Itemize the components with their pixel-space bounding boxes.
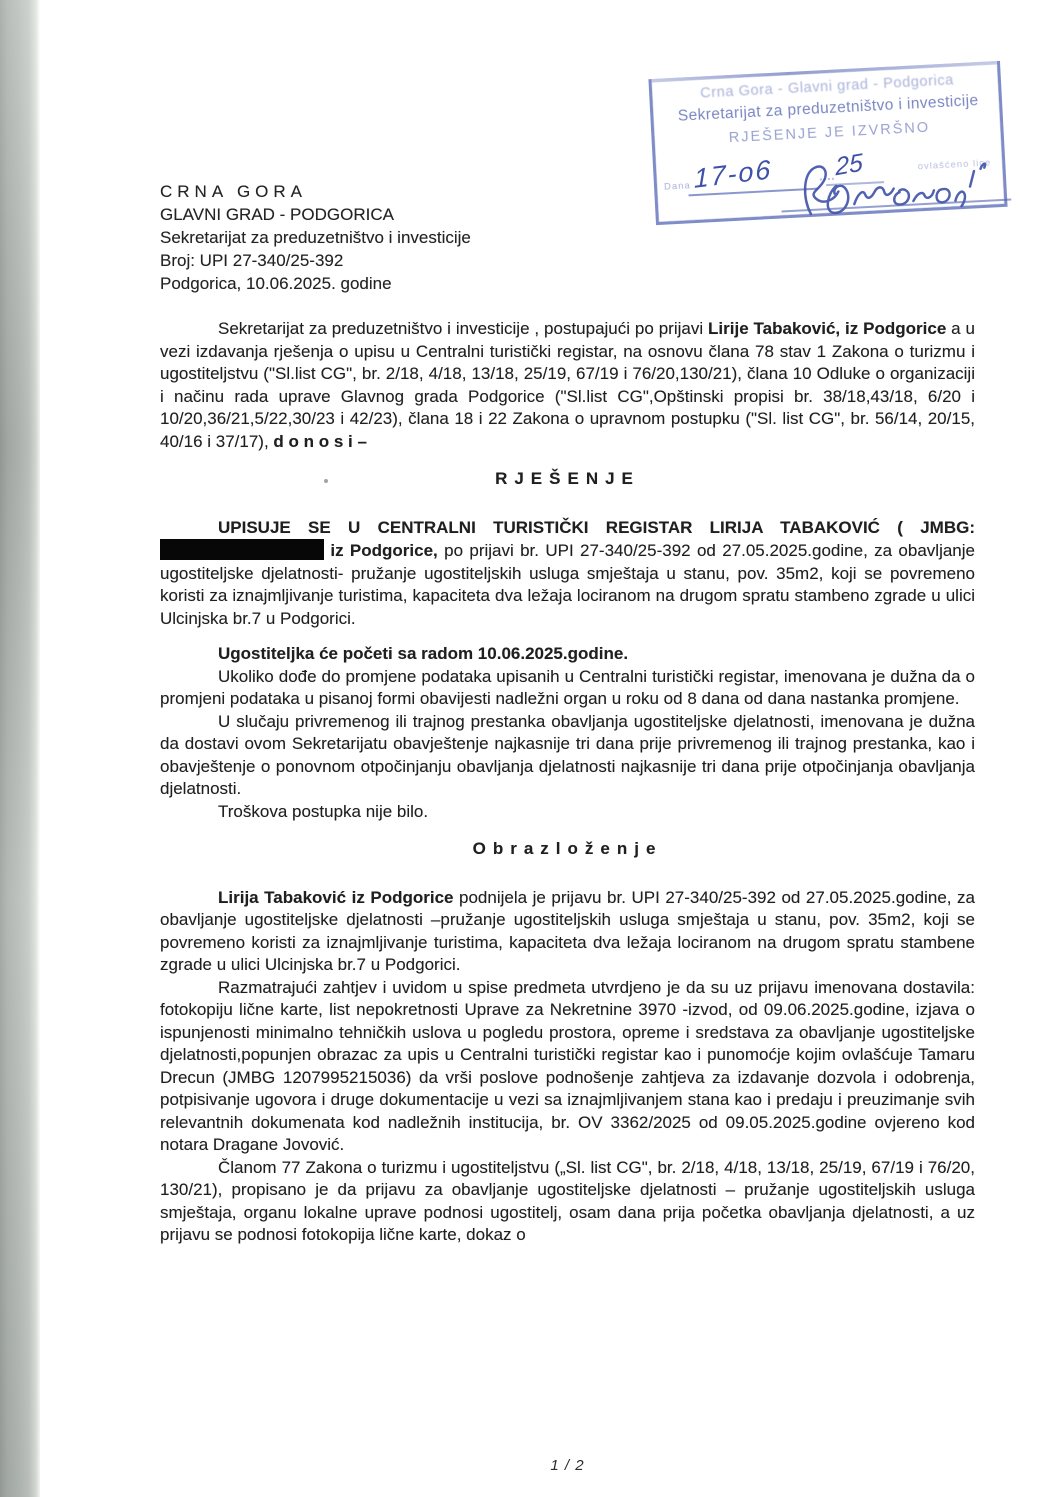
emphasized-text: Lirije Tabaković, iz Podgorice [708, 319, 946, 338]
letterhead-department: Sekretarijat za preduzetništvo i investi… [160, 226, 471, 249]
emphasized-text: iz Podgorice, [324, 541, 438, 560]
handwritten-signature-icon [791, 143, 1005, 234]
paragraph: Lirija Tabaković iz Podgorice podnijela … [160, 887, 975, 977]
paragraph: Sekretarijat za preduzetništvo i investi… [160, 318, 975, 453]
document-body: Sekretarijat za preduzetništvo i investi… [160, 318, 975, 1247]
body-text: Ukoliko dođe do promjene podataka upisan… [160, 667, 975, 709]
letterhead-country: CRNA GORA [160, 180, 471, 203]
emphasized-text: d o n o s i – [273, 432, 367, 451]
body-text: Članom 77 Zakona o turizmu i ugostiteljs… [160, 1158, 975, 1245]
emphasized-text: Ugostiteljka će početi sa radom 10.06.20… [218, 644, 628, 663]
emphasized-text: Lirija Tabaković iz Podgorice [218, 888, 453, 907]
body-text: Troškova postupka nije bilo. [218, 802, 428, 821]
letterhead-place-date: Podgorica, 10.06.2025. godine [160, 272, 471, 295]
body-text: U slučaju privremenog ili trajnog presta… [160, 712, 975, 799]
paragraph: Troškova postupka nije bilo. [160, 801, 975, 824]
paragraph: Članom 77 Zakona o turizmu i ugostiteljs… [160, 1157, 975, 1247]
official-stamp: Crna Gora - Glavni grad - Podgorica Sekr… [648, 61, 1007, 225]
paragraph: Ugostiteljka će početi sa radom 10.06.20… [160, 643, 975, 666]
footer-page-number: 1 / 2 [160, 1457, 975, 1474]
body-text: Sekretarijat za preduzetništvo i investi… [218, 319, 708, 338]
emphasized-text: UPISUJE SE U CENTRALNI TURISTIČKI REGIST… [218, 518, 975, 537]
letterhead: CRNA GORA GLAVNI GRAD - PODGORICA Sekret… [160, 180, 471, 295]
section-heading: Obrazloženje [160, 838, 975, 861]
section-heading: RJEŠENJE [160, 468, 975, 491]
scanned-document-page: CRNA GORA GLAVNI GRAD - PODGORICA Sekret… [0, 0, 1058, 1497]
paragraph: UPISUJE SE U CENTRALNI TURISTIČKI REGIST… [160, 517, 975, 631]
letterhead-city: GLAVNI GRAD - PODGORICA [160, 203, 471, 226]
paragraph: Ukoliko dođe do promjene podataka upisan… [160, 666, 975, 711]
stamp-date-label: Dana [664, 180, 691, 192]
body-text: Razmatrajući zahtjev i uvidom u spise pr… [160, 978, 975, 1155]
paragraph: Razmatrajući zahtjev i uvidom u spise pr… [160, 977, 975, 1157]
redacted-jmbg-bar [160, 539, 324, 560]
letterhead-case-number: Broj: UPI 27-340/25-392 [160, 249, 471, 272]
paragraph: U slučaju privremenog ili trajnog presta… [160, 711, 975, 801]
scanner-edge-artifact [0, 0, 40, 1497]
